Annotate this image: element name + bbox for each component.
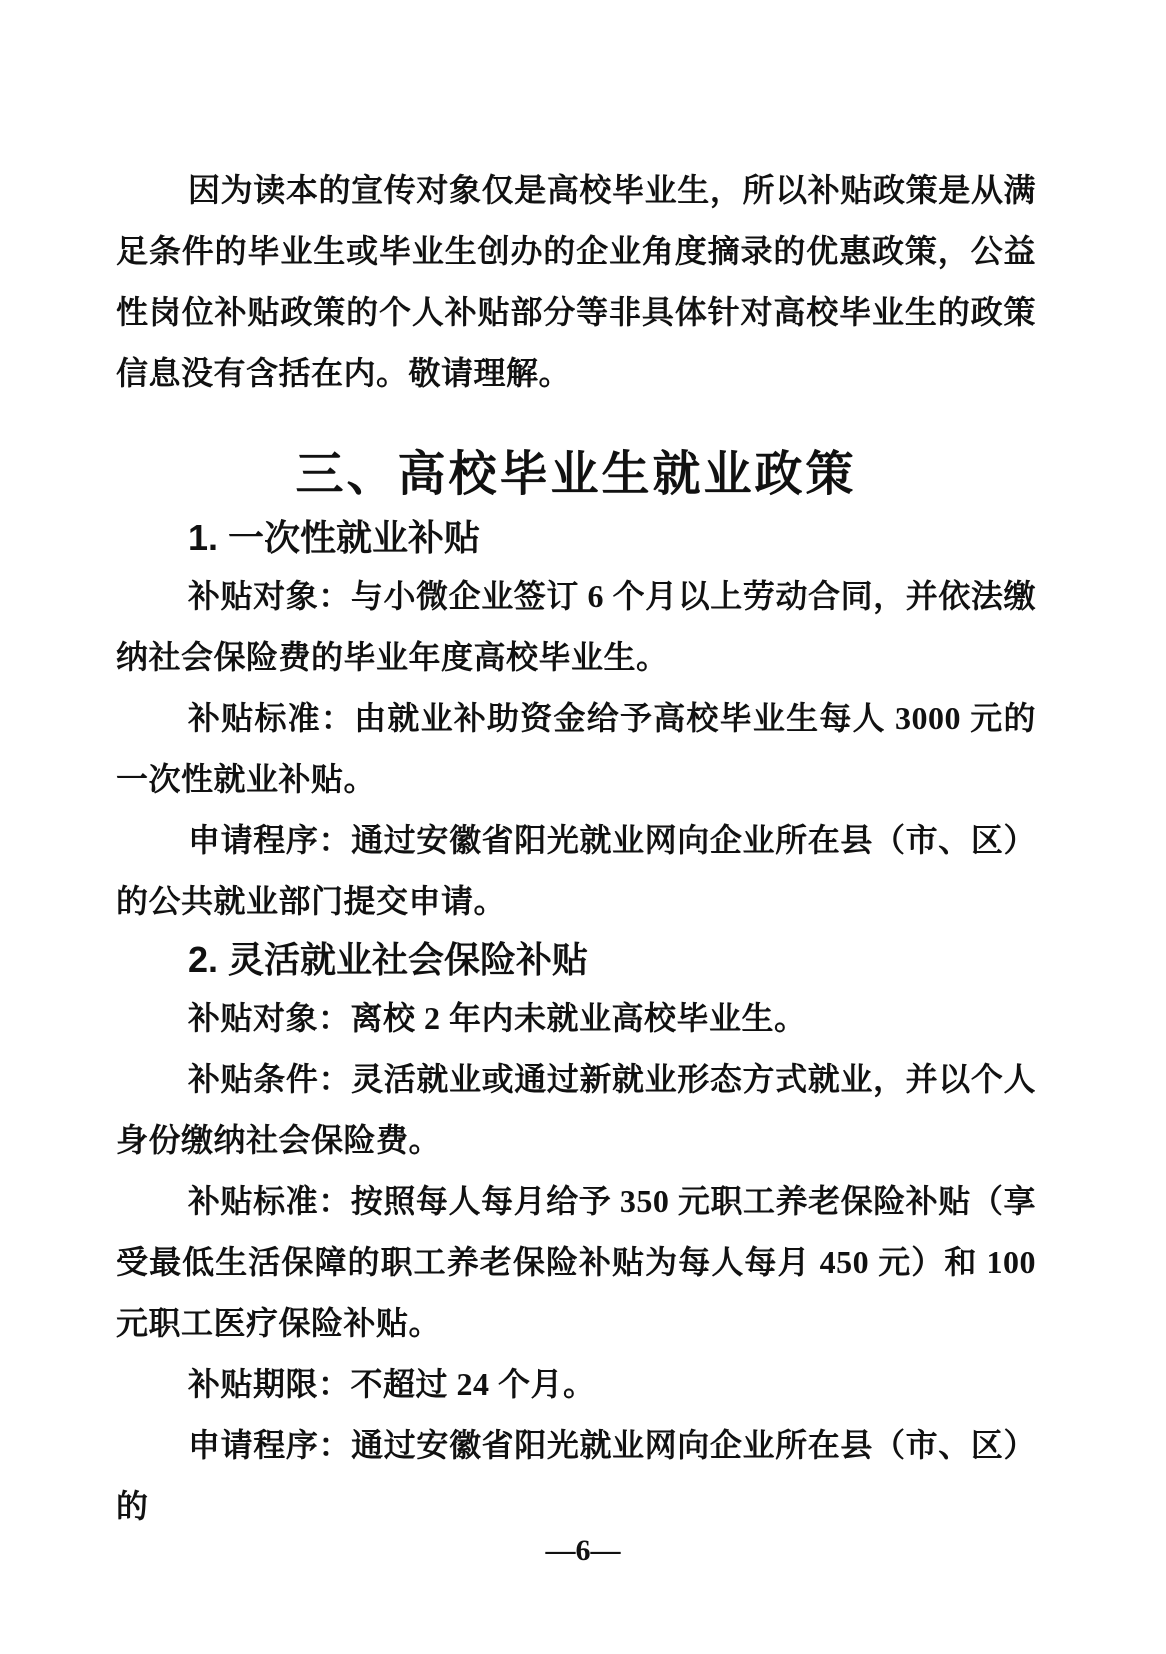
policy-item-duration: 补贴期限：不超过 24 个月。 [116, 1354, 1036, 1415]
intro-paragraph: 因为读本的宣传对象仅是高校毕业生，所以补贴政策是从满足条件的毕业生或毕业生创办的… [116, 160, 1036, 404]
item-label: 申请程序： [188, 822, 351, 858]
policy-item-procedure: 申请程序：通过安徽省阳光就业网向企业所在县（市、区）的 [116, 1415, 1036, 1537]
policy-item-target: 补贴对象：离校 2 年内未就业高校毕业生。 [116, 988, 1036, 1049]
policy-item-procedure: 申请程序：通过安徽省阳光就业网向企业所在县（市、区）的公共就业部门提交申请。 [116, 810, 1036, 932]
policy-item-condition: 补贴条件：灵活就业或通过新就业形态方式就业，并以个人身份缴纳社会保险费。 [116, 1049, 1036, 1171]
item-label: 补贴标准： [188, 1183, 351, 1219]
subsection-1-heading: 1. 一次性就业补贴 [116, 510, 1036, 566]
item-label: 补贴对象： [188, 1000, 351, 1036]
item-label: 补贴对象： [188, 578, 351, 614]
page-content: 因为读本的宣传对象仅是高校毕业生，所以补贴政策是从满足条件的毕业生或毕业生创办的… [116, 160, 1036, 1537]
item-label: 补贴条件： [188, 1061, 351, 1097]
page-number: —6— [0, 1533, 1166, 1569]
policy-item-standard: 补贴标准：由就业补助资金给予高校毕业生每人 3000 元的一次性就业补贴。 [116, 688, 1036, 810]
item-text: 不超过 24 个月。 [351, 1366, 596, 1402]
document-page: 因为读本的宣传对象仅是高校毕业生，所以补贴政策是从满足条件的毕业生或毕业生创办的… [0, 0, 1166, 1654]
policy-item-standard: 补贴标准：按照每人每月给予 350 元职工养老保险补贴（享受最低生活保障的职工养… [116, 1171, 1036, 1354]
item-label: 申请程序： [188, 1427, 351, 1463]
subsection-2-heading: 2. 灵活就业社会保险补贴 [116, 932, 1036, 988]
item-label: 补贴期限： [188, 1366, 351, 1402]
item-text: 离校 2 年内未就业高校毕业生。 [351, 1000, 807, 1036]
item-label: 补贴标准： [188, 700, 354, 736]
section-title: 三、高校毕业生就业政策 [116, 440, 1036, 510]
policy-item-target: 补贴对象：与小微企业签订 6 个月以上劳动合同，并依法缴纳社会保险费的毕业年度高… [116, 566, 1036, 688]
